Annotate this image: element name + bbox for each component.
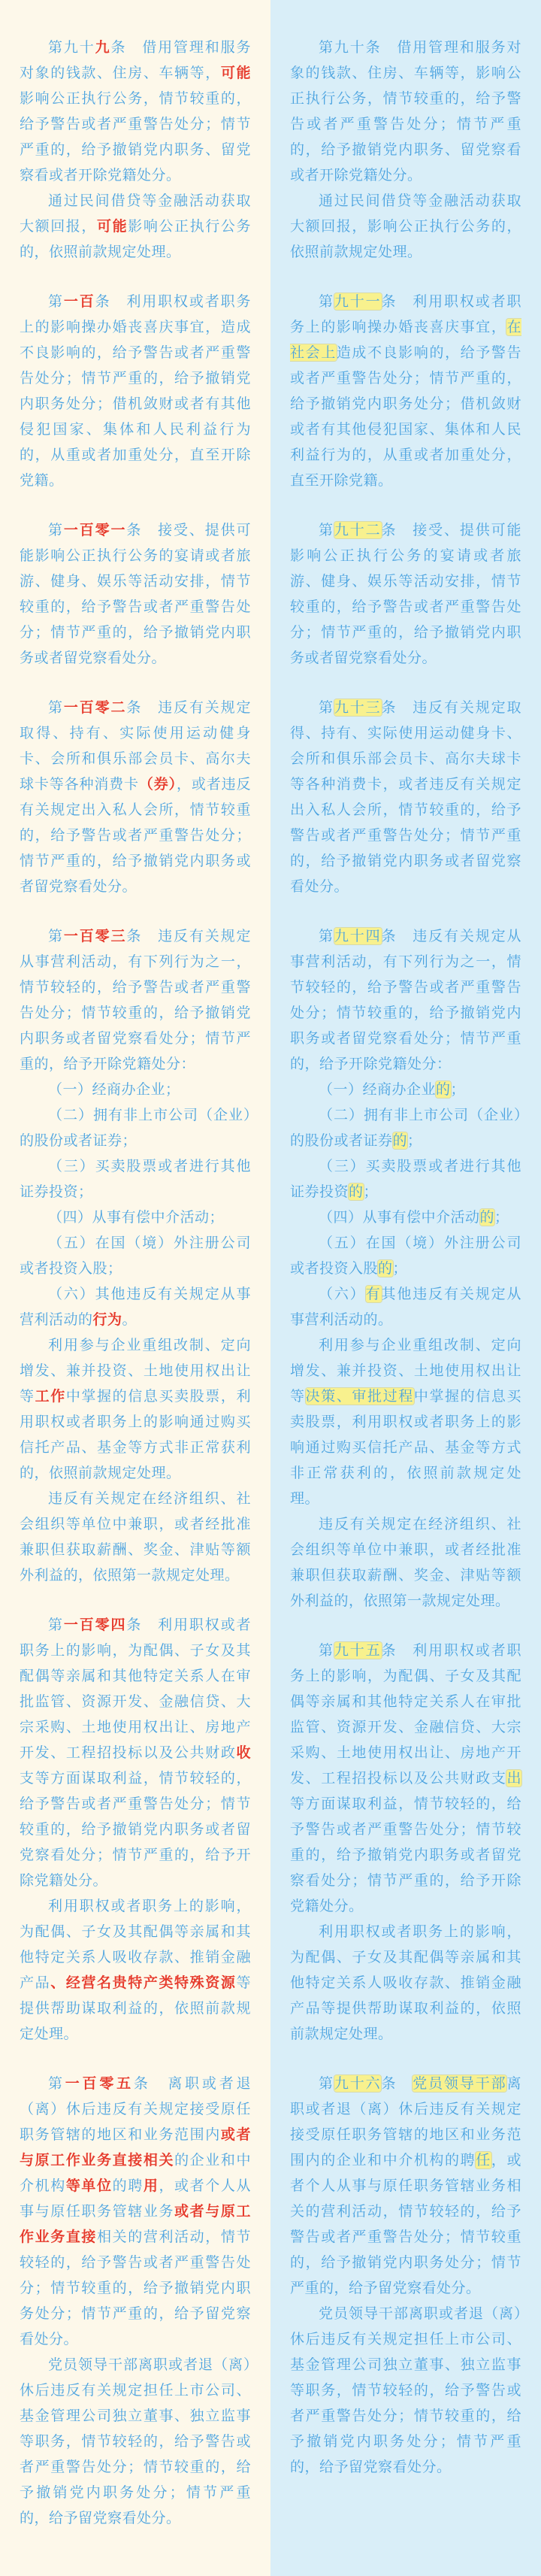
body-paragraph: （五）在国（境）外注册公司或者投资入股的； xyxy=(290,1230,521,1281)
text-run: 第 xyxy=(48,699,64,716)
text-run: 第 xyxy=(48,2075,65,2092)
article-paragraph: 第九十一条 利用职权或者职务上的影响操办婚丧喜庆事宜，在社会上造成不良影响的，给… xyxy=(290,289,521,493)
yellow-highlight-run: 九十三 xyxy=(334,699,382,716)
body-paragraph: （五）在国（境）外注册公司或者投资入股； xyxy=(20,1230,251,1281)
article-paragraph: 第九十四条 违反有关规定从事营利活动，有下列行为之一，情节较轻的，给予警告或者严… xyxy=(290,923,521,1077)
text-run: （一）经商办企业 xyxy=(319,1081,436,1098)
text-run: 造成不良影响的，给予警告或者严重警告处分；情节严重的，给予撤销党内职务处分；借机… xyxy=(290,344,521,489)
body-paragraph: 违反有关规定在经济组织、社会组织等单位中兼职，或者经批准兼职但获取薪酬、奖金、津… xyxy=(290,1511,521,1614)
text-run: 第 xyxy=(319,293,334,310)
article-paragraph: 第九十二条 接受、提供可能影响公正执行公务的宴请或者旅游、健身、娱乐等活动安排，… xyxy=(290,517,521,671)
article-paragraph: 第九十六条 党员领导干部离职或者退（离）休后违反有关规定接受原任职务管辖的地区和… xyxy=(290,2071,521,2301)
yellow-highlight-run: 的 xyxy=(393,1132,408,1149)
text-run: 第 xyxy=(319,522,334,538)
yellow-highlight-run: 有 xyxy=(366,1286,382,1302)
body-paragraph: 党员领导干部离职或者退（离）休后违反有关规定担任上市公司、基金管理公司独立董事、… xyxy=(20,2352,251,2531)
red-emphasis-run: 用 xyxy=(144,2177,159,2194)
red-emphasis-run: 行为 xyxy=(93,1311,122,1328)
body-paragraph: （一）经商办企业； xyxy=(20,1077,251,1102)
red-emphasis-run: 一百零二 xyxy=(64,699,127,716)
text-run: （六） xyxy=(319,1286,366,1302)
text-run: 支等方面谋取利益，情节较轻的，给予警告或者严重警告处分；情节较重的，给予撤销党内… xyxy=(20,1770,251,1889)
text-run: 相关的营利活动，情节较轻的，给予警告或者严重警告处分；情节较重的，给予撤销党内职… xyxy=(20,2229,251,2347)
text-run: 通过民间借贷等金融活动获取大额回报，影响公正执行公务的，依照前款规定处理。 xyxy=(290,192,521,260)
body-paragraph: 通过民间借贷等金融活动获取大额回报，可能影响公正执行公务的，依照前款规定处理。 xyxy=(20,188,251,265)
article-paragraph: 第一百零四条 利用职权或者职务上的影响，为配偶、子女及其配偶等亲属和其他特定关系… xyxy=(20,1612,251,1893)
article-paragraph: 第一百零一条 接受、提供可能影响公正执行公务的宴请或者旅游、健身、娱乐等活动安排… xyxy=(20,517,251,671)
yellow-highlight-run: 九十二 xyxy=(334,522,382,538)
text-run: ； xyxy=(364,1183,379,1200)
body-paragraph: （二）拥有非上市公司（企业）的股份或者证券； xyxy=(20,1102,251,1153)
yellow-highlight-run: 的 xyxy=(436,1081,451,1098)
text-run: ； xyxy=(407,1132,422,1149)
yellow-highlight-run: 九十五 xyxy=(334,1642,382,1659)
text-run: ，或者违反有关规定出入私人会所，情节较重的，给予警告或者严重警告处分；情节严重的… xyxy=(20,776,251,895)
text-run: 第 xyxy=(48,1617,64,1633)
red-emphasis-run: 一百零四 xyxy=(64,1617,127,1633)
text-run: 党员领导干部离职或者退（离）休后违反有关规定担任上市公司、基金管理公司独立董事、… xyxy=(20,2356,251,2526)
text-run: 第九十 xyxy=(48,39,95,56)
red-emphasis-run: 一百零一 xyxy=(64,522,127,538)
yellow-highlight-run: 出 xyxy=(506,1770,521,1787)
text-run: （五）在国（境）外注册公司或者投资入股； xyxy=(20,1235,251,1277)
body-paragraph: （六）其他违反有关规定从事营利活动的行为。 xyxy=(20,1281,251,1332)
text-run: 的聘 xyxy=(113,2177,144,2194)
article-paragraph: 第一百零五条 离职或者退（离）休后违反有关规定接受原任职务管辖的地区和业务范围内… xyxy=(20,2071,251,2352)
text-run: 违反有关规定在经济组织、社会组织等单位中兼职，或者经批准兼职但获取薪酬、奖金、津… xyxy=(20,1490,251,1583)
text-run: 利用职权或者职务上的影响，为配偶、子女及其配偶等亲属和其他特定关系人吸收存款、推… xyxy=(290,1923,521,2042)
text-run: （三）买卖股票或者进行其他证券投资； xyxy=(20,1158,251,1200)
text-run: 条 利用职权或者职务上的影响，为配偶、子女及其配偶等亲属和其他特定关系人在审批监… xyxy=(290,1642,521,1787)
text-run: 第九十条 借用管理和服务对象的钱款、住房、车辆等，影响公正执行公务，情节较重的，… xyxy=(290,39,521,183)
text-run: 条 接受、提供可能影响公正执行公务的宴请或者旅游、健身、娱乐等活动安排，情节较重… xyxy=(290,522,521,666)
yellow-highlight-run: 决策、审批过程 xyxy=(306,1388,414,1405)
text-run: 条 违反有关规定取得、持有、实际使用运动健身卡、会所和俱乐部会员卡、高尔夫球卡等… xyxy=(290,699,521,895)
text-run: 条 接受、提供可能影响公正执行公务的宴请或者旅游、健身、娱乐等活动安排，情节较重… xyxy=(20,522,251,666)
text-run: 影响公正执行公务，情节较重的，给予警告或者严重警告处分；情节严重的，给予撤销党内… xyxy=(20,90,251,183)
red-emphasis-run: 等单位 xyxy=(66,2177,113,2194)
text-run: 第 xyxy=(319,928,334,944)
text-run: ； xyxy=(494,1209,509,1226)
text-run: 第 xyxy=(319,699,334,716)
body-paragraph: （二）拥有非上市公司（企业）的股份或者证券的； xyxy=(290,1102,521,1153)
article-paragraph: 第九十三条 违反有关规定取得、持有、实际使用运动健身卡、会所和俱乐部会员卡、高尔… xyxy=(290,695,521,899)
yellow-highlight-run: 九十六 xyxy=(334,2075,382,2092)
text-run: 第 xyxy=(48,928,64,944)
text-run: 党员领导干部离职或者退（离）休后违反有关规定担任上市公司、基金管理公司独立董事、… xyxy=(290,2305,521,2475)
yellow-highlight-run: 九十一 xyxy=(334,293,382,310)
body-paragraph: 利用职权或者职务上的影响，为配偶、子女及其配偶等亲属和其他特定关系人吸收存款、推… xyxy=(290,1919,521,2047)
text-run: 条 利用职权或者职务上的影响，为配偶、子女及其配偶等亲属和其他特定关系人在审批监… xyxy=(20,1617,251,1761)
yellow-highlight-run: 任 xyxy=(476,2152,491,2168)
text-run: 条 利用职权或者职务上的影响操办婚丧喜庆事宜，造成不良影响的，给予警告或者严重警… xyxy=(20,293,251,489)
red-emphasis-run: 九 xyxy=(95,39,111,56)
body-paragraph: 利用参与企业重组改制、定向增发、兼并投资、土地使用权出让等决策、审批过程中掌握的… xyxy=(290,1332,521,1511)
text-run: 条 违反有关规定从事营利活动，有下列行为之一，情节较轻的，给予警告或者严重警告处… xyxy=(290,928,521,1072)
text-run: （一）经商办企业； xyxy=(48,1081,180,1098)
article-paragraph: 第一百条 利用职权或者职务上的影响操办婚丧喜庆事宜，造成不良影响的，给予警告或者… xyxy=(20,289,251,493)
red-emphasis-run: 可能 xyxy=(97,218,128,235)
body-paragraph: （四）从事有偿中介活动； xyxy=(20,1205,251,1230)
body-paragraph: （一）经商办企业的； xyxy=(290,1077,521,1102)
red-emphasis-run: 、经营名贵特产类特殊资源 xyxy=(50,1974,236,1991)
body-paragraph: （四）从事有偿中介活动的； xyxy=(290,1205,521,1230)
body-paragraph: 利用职权或者职务上的影响，为配偶、子女及其配偶等亲属和其他特定关系人吸收存款、推… xyxy=(20,1893,251,2047)
yellow-highlight-run: 的 xyxy=(480,1209,495,1226)
red-emphasis-run: 一百 xyxy=(64,293,95,310)
red-emphasis-run: 一百零五 xyxy=(65,2075,134,2092)
yellow-highlight-run: 的 xyxy=(378,1260,393,1277)
red-emphasis-run: 一百零三 xyxy=(64,928,127,944)
article-paragraph: 第九十条 借用管理和服务对象的钱款、住房、车辆等，影响公正执行公务，情节较重的，… xyxy=(290,35,521,188)
red-emphasis-run: （券） xyxy=(139,776,177,792)
yellow-highlight-run: 的 xyxy=(349,1183,364,1200)
article-paragraph: 第一百零三条 违反有关规定从事营利活动，有下列行为之一，情节较轻的，给予警告或者… xyxy=(20,923,251,1077)
text-run: 中掌握的信息买卖股票，利用职权或者职务上的影响通过购买信托产品、基金等方式非正常… xyxy=(290,1388,521,1507)
body-paragraph: 违反有关规定在经济组织、社会组织等单位中兼职，或者经批准兼职但获取薪酬、奖金、津… xyxy=(20,1486,251,1588)
body-paragraph: 利用参与企业重组改制、定向增发、兼并投资、土地使用权出让等工作中掌握的信息买卖股… xyxy=(20,1332,251,1486)
old-version-column: 第九十九条 借用管理和服务对象的钱款、住房、车辆等，可能影响公正执行公务，情节较… xyxy=(0,0,270,2576)
text-run: ，或者个人从事与原任职务管辖业务相关的营利活动，情节较轻的，给予警告或者严重警告… xyxy=(290,2152,521,2296)
text-run: 等方面谋取利益，情节较轻的，给予警告或者严重警告处分；情节较重的，给予撤销党内职… xyxy=(290,1796,521,1914)
text-run: 条 xyxy=(381,2075,413,2092)
body-paragraph: 通过民间借贷等金融活动获取大额回报，影响公正执行公务的，依照前款规定处理。 xyxy=(290,188,521,265)
article-paragraph: 第九十九条 借用管理和服务对象的钱款、住房、车辆等，可能影响公正执行公务，情节较… xyxy=(20,35,251,188)
red-emphasis-run: 工作 xyxy=(35,1388,66,1405)
body-paragraph: （三）买卖股票或者进行其他证券投资的； xyxy=(290,1153,521,1205)
body-paragraph: （六）有其他违反有关规定从事营利活动的。 xyxy=(290,1281,521,1332)
text-run: 第 xyxy=(48,293,64,310)
body-paragraph: 党员领导干部离职或者退（离）休后违反有关规定担任上市公司、基金管理公司独立董事、… xyxy=(290,2301,521,2480)
text-run: 条 违反有关规定从事营利活动，有下列行为之一，情节较轻的，给予警告或者严重警告处… xyxy=(20,928,251,1072)
yellow-highlight-run: 九十四 xyxy=(334,928,382,944)
text-run: （三）买卖股票或者进行其他证券投资 xyxy=(290,1158,521,1200)
text-run: （四）从事有偿中介活动 xyxy=(319,1209,480,1226)
red-emphasis-run: 收 xyxy=(236,1744,251,1761)
text-run: 第 xyxy=(48,522,64,538)
article-paragraph: 第九十五条 利用职权或者职务上的影响，为配偶、子女及其配偶等亲属和其他特定关系人… xyxy=(290,1638,521,1919)
text-run: 。 xyxy=(122,1311,138,1328)
red-emphasis-run: 可能 xyxy=(221,65,251,81)
text-run: 第 xyxy=(319,2075,334,2092)
regulation-comparison: 第九十九条 借用管理和服务对象的钱款、住房、车辆等，可能影响公正执行公务，情节较… xyxy=(0,0,541,2576)
text-run: （四）从事有偿中介活动； xyxy=(48,1209,224,1226)
text-run: 第 xyxy=(319,1642,334,1659)
text-run: （二）拥有非上市公司（企业）的股份或者证券； xyxy=(20,1107,251,1149)
text-run: ； xyxy=(451,1081,466,1098)
body-paragraph: （三）买卖股票或者进行其他证券投资； xyxy=(20,1153,251,1205)
text-run: ； xyxy=(393,1260,408,1277)
article-paragraph: 第一百零二条 违反有关规定取得、持有、实际使用运动健身卡、会所和俱乐部会员卡、高… xyxy=(20,695,251,899)
new-version-column: 第九十条 借用管理和服务对象的钱款、住房、车辆等，影响公正执行公务，情节较重的，… xyxy=(270,0,541,2576)
text-run: 违反有关规定在经济组织、社会组织等单位中兼职，或者经批准兼职但获取薪酬、奖金、津… xyxy=(290,1516,521,1609)
yellow-highlight-run: 党员领导干部 xyxy=(413,2075,506,2092)
